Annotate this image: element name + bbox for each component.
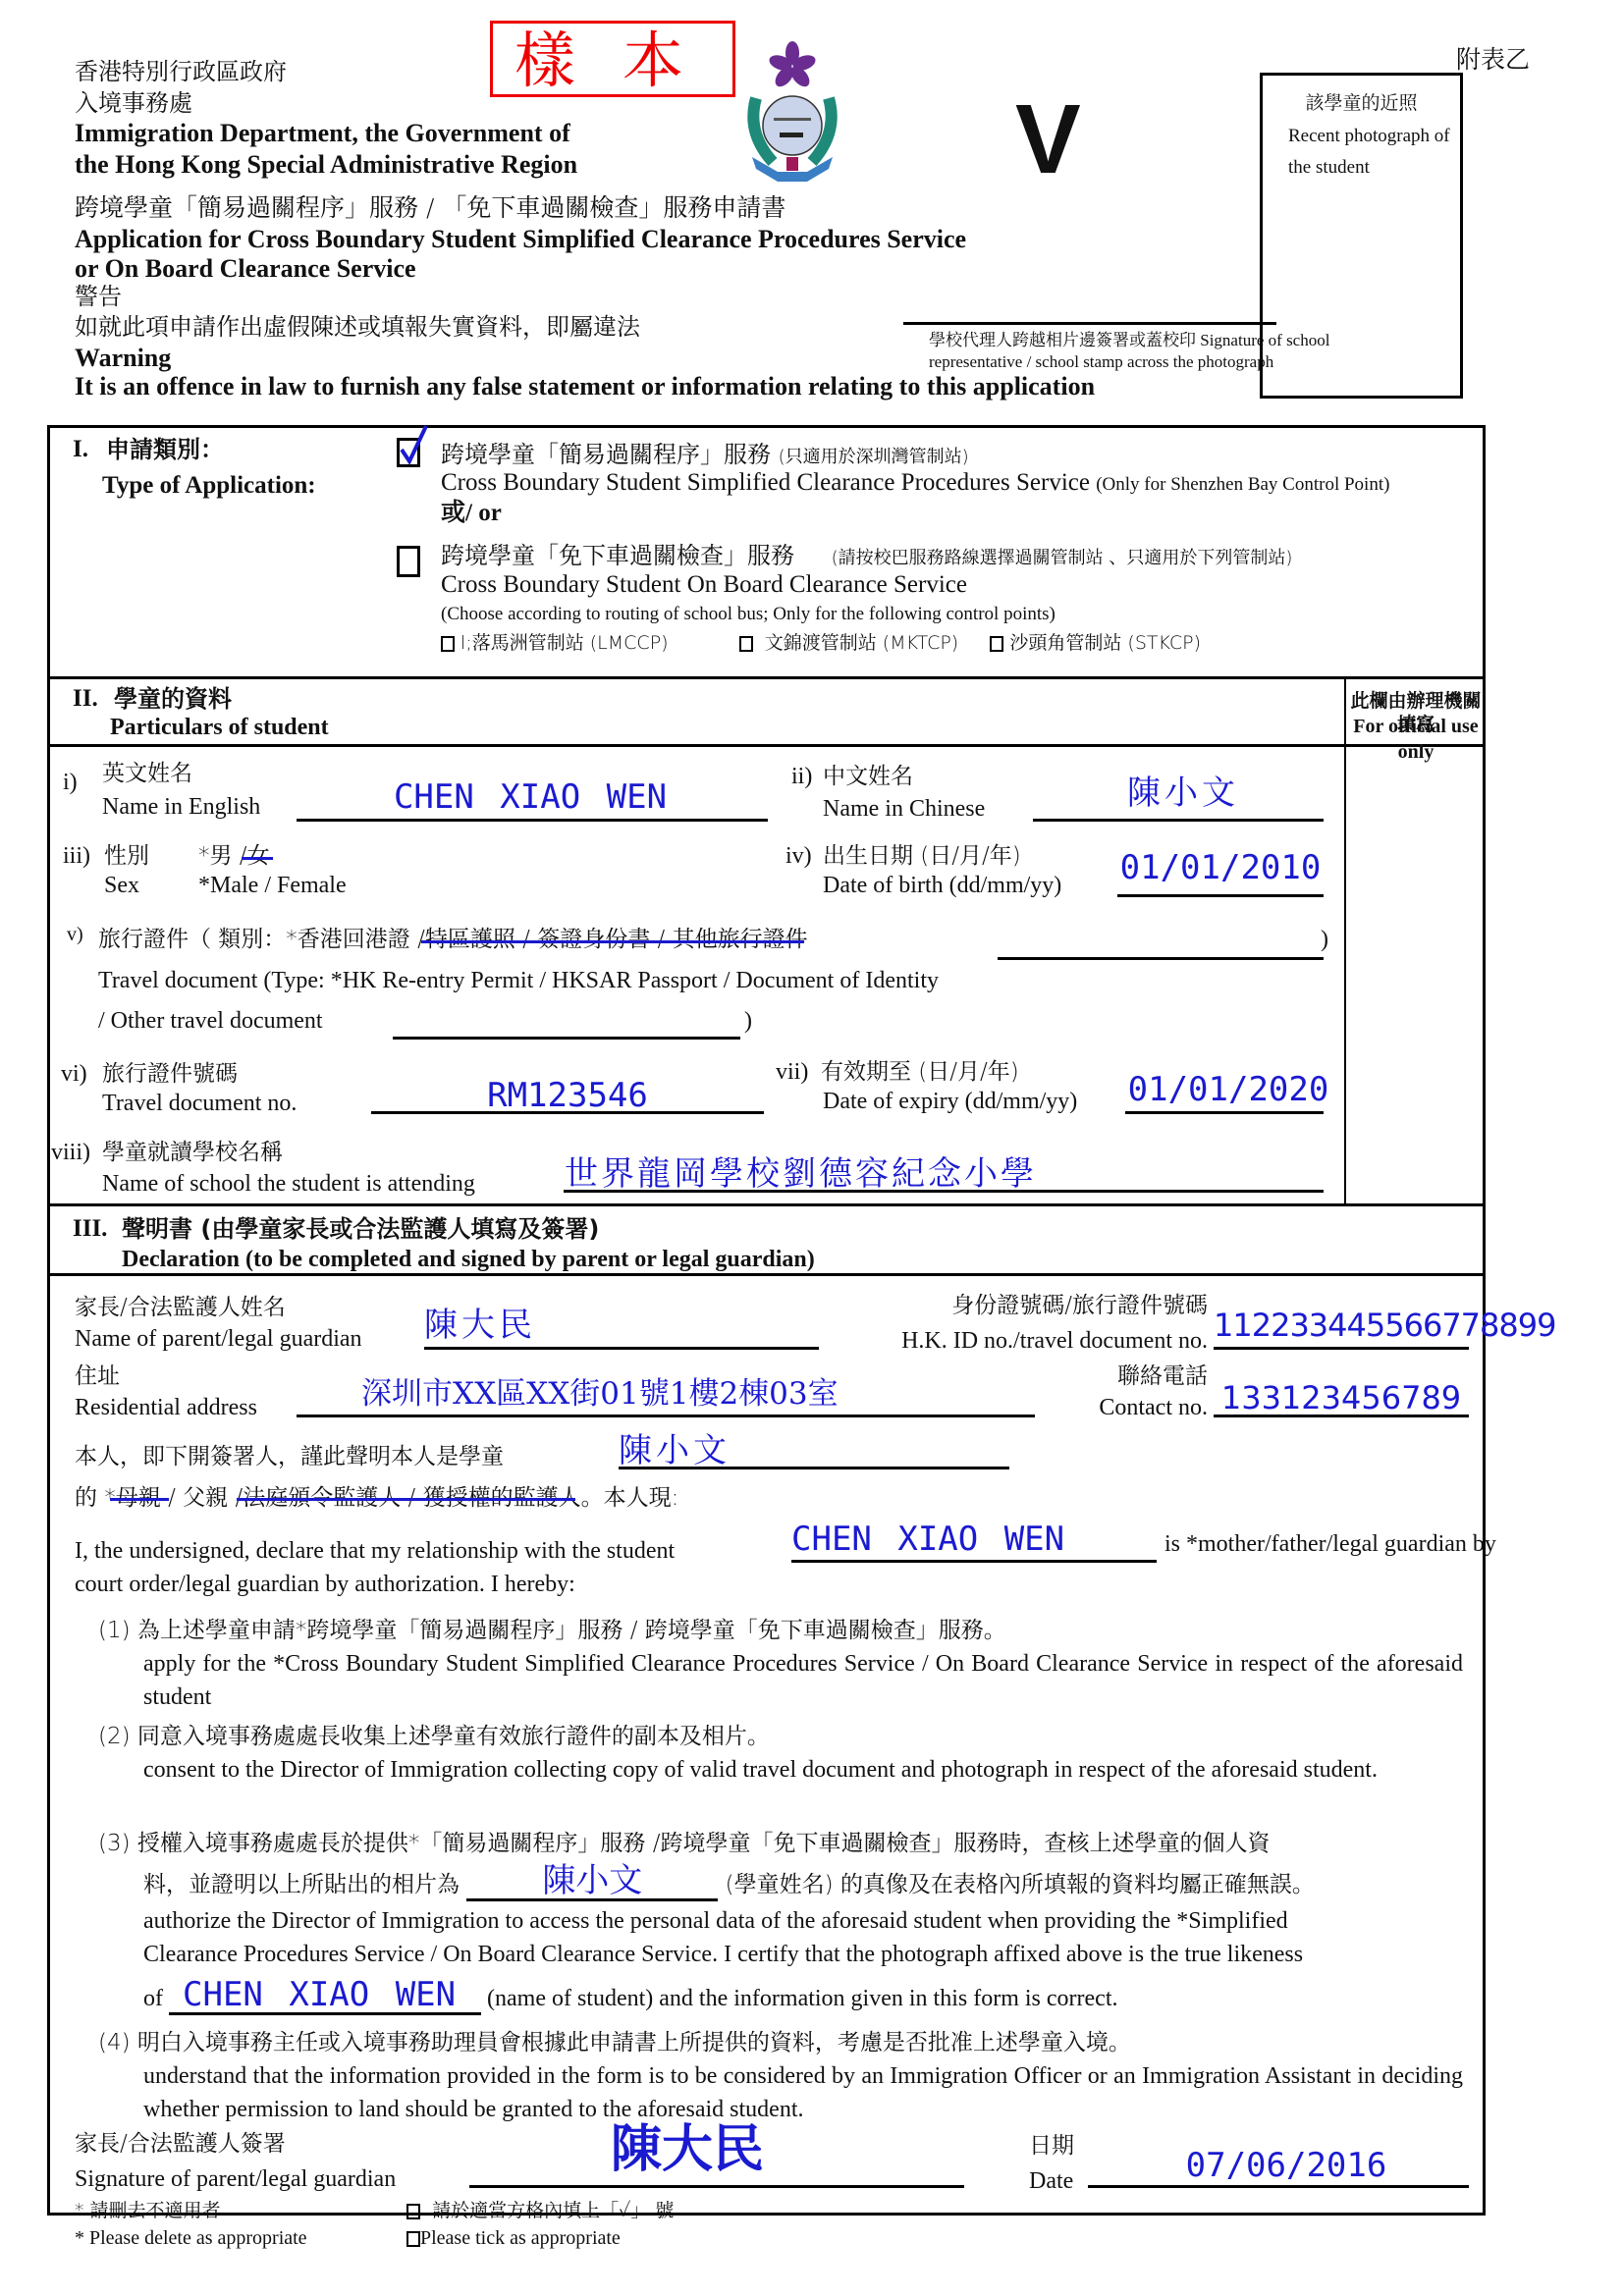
dob-label-cn: 出生日期 (日/月/年) — [823, 842, 1021, 870]
or-text: 或/ or — [441, 499, 502, 528]
photo-sign-line — [903, 322, 1276, 325]
checkbox-icon — [406, 2204, 420, 2219]
declaration-cn-1: 本人，即下開簽署人，謹此聲明本人是學童 — [75, 1443, 504, 1470]
id-no-input[interactable]: 112233445566778899 — [1214, 1306, 1479, 1345]
dob-label-en: Date of birth (dd/mm/yy) — [823, 872, 1061, 899]
doc-no-label-en: Travel document no. — [102, 1090, 297, 1117]
travel-doc-type-cn[interactable]: 旅行證件（ 類別：*香港回港證 /特區護照 / 簽證身份書 / 其他旅行證件 — [98, 926, 808, 953]
school-label-en: Name of school the student is attending — [102, 1170, 475, 1198]
footer-delete-cn: * 請刪去不適用者 — [75, 2199, 221, 2222]
declaration-en-2: is *mother/father/legal guardian by — [1164, 1530, 1496, 1558]
phone-input[interactable]: 133123456789 — [1214, 1378, 1469, 1417]
date-label-cn: 日期 — [1029, 2132, 1074, 2160]
divider — [47, 1203, 1486, 1206]
declaration-en-1: I, the undersigned, declare that my rela… — [75, 1537, 675, 1565]
underline — [1088, 2185, 1469, 2188]
item3-student-en-input[interactable]: CHEN XIAO WEN — [169, 1977, 481, 2015]
option1-label-en: Cross Boundary Student Simplified Cleara… — [441, 469, 1389, 499]
section2-title-en: Particulars of student — [110, 713, 329, 742]
declaration-cn-relationship[interactable]: 的 *母親 / 父親 /法庭頒令監護人 / 獲授權的監護人。本人現: — [75, 1484, 678, 1512]
doc-no-input[interactable]: RM123546 — [371, 1076, 764, 1115]
section3-num: III. — [73, 1214, 107, 1244]
section1-title-cn: 申請類別： — [106, 435, 224, 464]
divider — [47, 676, 1486, 679]
address-label-cn: 住址 — [75, 1362, 120, 1390]
underline — [564, 1190, 1324, 1193]
expiry-label-en: Date of expiry (dd/mm/yy) — [823, 1088, 1077, 1115]
name-en-input[interactable]: CHEN XIAO WEN — [295, 777, 766, 817]
signature-label-cn: 家長/合法監護人簽署 — [75, 2130, 286, 2158]
option1-label-cn: 跨境學童「簡易過關程序」服務 (只適用於深圳灣管制站) — [441, 441, 969, 471]
section1-title-en: Type of Application: — [102, 471, 316, 501]
underline — [1214, 1347, 1469, 1350]
id-no-label-cn: 身份證號碼/旅行證件號碼 — [864, 1292, 1208, 1319]
org-name-en-1: Immigration Department, the Government o… — [75, 118, 570, 148]
doc-no-label-cn: 旅行證件號碼 — [102, 1060, 238, 1088]
item3-student-cn-input[interactable]: 陳小文 — [466, 1863, 718, 1901]
photo-sign-note: 學校代理人跨越相片邊簽署或蓋校印 Signature of school rep… — [929, 330, 1410, 373]
option1-checkbox[interactable] — [397, 438, 420, 467]
sex-options-en: *Male / Female — [198, 872, 347, 899]
expiry-input[interactable]: 01/01/2020 — [1125, 1070, 1331, 1109]
underline — [998, 957, 1324, 960]
phone-label-en: Contact no. — [1060, 1394, 1208, 1421]
org-name-cn-1: 香港特別行政區政府 — [75, 57, 287, 86]
underline — [791, 1560, 1157, 1563]
name-cn-label-cn: 中文姓名 — [823, 763, 913, 790]
form-title-en-2: or On Board Clearance Service — [75, 253, 416, 284]
field-index: vii) — [776, 1058, 808, 1086]
section2-title-cn: 學童的資料 — [114, 684, 232, 714]
field-index: i) — [63, 769, 78, 796]
underline — [297, 819, 768, 822]
expiry-label-cn: 有效期至 (日/月/年) — [821, 1058, 1019, 1086]
guardian-name-label-en: Name of parent/legal guardian — [75, 1325, 362, 1353]
underline — [297, 1415, 1035, 1417]
underline — [619, 1467, 1009, 1469]
underline — [1214, 1415, 1469, 1417]
signature-input[interactable]: 陳大民 — [611, 2120, 764, 2179]
footer-tick-en: Please tick as appropriate — [406, 2226, 621, 2250]
warning-text-cn: 如就此項申請作出虛假陳述或填報失實資料，即屬違法 — [75, 312, 640, 342]
photo-label-cn: 該學童的近照 — [1263, 91, 1460, 117]
form-title-en-1: Application for Cross Boundary Student S… — [75, 224, 966, 254]
field-index: vi) — [61, 1060, 87, 1088]
underline — [424, 1347, 819, 1350]
org-name-cn-2: 入境事務處 — [75, 88, 192, 118]
address-input[interactable]: 深圳市XX區XX街01號1樓2棟03室 — [361, 1374, 950, 1414]
photo-label-en: Recent photograph of the student — [1288, 121, 1455, 184]
control-point-mktcp[interactable]: 文錦渡管制站 (MKTCP) — [739, 632, 959, 654]
official-column-divider — [1344, 677, 1346, 1203]
guardian-name-label-cn: 家長/合法監護人姓名 — [75, 1294, 286, 1321]
org-name-en-2: the Hong Kong Special Administrative Reg… — [75, 149, 577, 180]
underline — [1033, 819, 1324, 822]
official-use-en: For official use only — [1347, 714, 1485, 765]
divider — [47, 744, 1486, 747]
option2-checkbox[interactable] — [397, 546, 420, 577]
signature-label-en: Signature of parent/legal guardian — [75, 2165, 396, 2193]
form-code: V — [1015, 90, 1081, 188]
option2-label-en: Cross Boundary Student On Board Clearanc… — [441, 571, 967, 599]
section3-title-cn: 聲明書 (由學童家長或合法監護人填寫及簽署) — [122, 1214, 599, 1244]
declaration-item-1: (1) 為上述學童申請*跨境學童「簡易過關程序」服務 / 跨境學童「免下車過關檢… — [98, 1614, 1463, 1714]
date-input[interactable]: 07/06/2016 — [1090, 2146, 1483, 2185]
sample-stamp: 樣本 — [490, 21, 735, 97]
section1-num: I. — [73, 435, 88, 464]
control-point-stkcp[interactable]: 沙頭角管制站 (STKCP) — [990, 632, 1201, 654]
declaration-item-3: (3) 授權入境事務處處長於提供*「簡易過關程序」服務 /跨境學童「免下車過關檢… — [98, 1824, 1473, 2015]
checkbox-icon — [406, 2231, 420, 2247]
sex-options-cn[interactable]: *男 /女 — [198, 842, 270, 870]
underline — [371, 1111, 764, 1114]
underline — [1117, 894, 1324, 897]
paren-close: ) — [744, 1007, 752, 1035]
field-index: v) — [67, 921, 83, 948]
checkmark-icon — [399, 424, 428, 467]
immigration-emblem-icon — [738, 39, 846, 187]
control-point-lmccp[interactable]: l;落馬洲管制站 (LMCCP) — [441, 632, 669, 654]
field-index: ii) — [791, 763, 812, 790]
underline — [469, 2185, 964, 2188]
footer-tick-cn: 請於適當方格內填上「✓」 號 — [406, 2199, 674, 2222]
name-en-label-en: Name in English — [102, 793, 260, 821]
underline — [393, 1037, 740, 1040]
declaration-en-3: court order/legal guardian by authorizat… — [75, 1571, 575, 1598]
field-index: iii) — [63, 842, 90, 870]
appendix-label: 附表乙 — [1456, 45, 1530, 75]
field-index: iv) — [785, 842, 812, 870]
declaration-item-2: (2) 同意入境事務處處長收集上述學童有效旅行證件的副本及相片。 consent… — [98, 1720, 1463, 1787]
warning-title-en: Warning — [75, 343, 171, 373]
travel-doc-type-en: Travel document (Type: *HK Re-entry Perm… — [98, 967, 939, 994]
guardian-name-input[interactable]: 陳大民 — [424, 1306, 719, 1345]
form-title-cn: 跨境學童「簡易過關程序」服務 / 「免下車過關檢查」服務申請書 — [75, 193, 785, 223]
warning-title-cn: 警告 — [75, 282, 122, 311]
paren-close: ) — [1321, 926, 1328, 953]
footer-delete-en: * Please delete as appropriate — [75, 2226, 307, 2250]
underline — [1125, 1111, 1324, 1114]
school-input[interactable]: 世界龍岡學校劉德容紀念小學 — [565, 1154, 1105, 1194]
id-no-label-en: H.K. ID no./travel document no. — [844, 1327, 1208, 1355]
option2-note-en: (Choose according to routing of school b… — [441, 603, 1056, 626]
travel-doc-other-label: / Other travel document — [98, 1007, 323, 1035]
control-points: l;落馬洲管制站 (LMCCP) 文錦渡管制站 (MKTCP) 沙頭角管制站 (… — [441, 631, 1201, 655]
option2-label-cn: 跨境學童「免下車過關檢查」服務 (請按校巴服務路線選擇過關管制站 、只適用於下列… — [441, 542, 1292, 572]
name-en-label-cn: 英文姓名 — [102, 760, 192, 787]
name-cn-label-en: Name in Chinese — [823, 795, 985, 823]
warning-text-en: It is an offence in law to furnish any f… — [75, 371, 1095, 401]
name-cn-input[interactable]: 陳小文 — [1036, 774, 1330, 813]
declaration-item-4: (4) 明白入境事務主任或入境事務助理員會根據此申請書上所提供的資料，考慮是否批… — [98, 2026, 1463, 2126]
phone-label-cn: 聯絡電話 — [1080, 1362, 1208, 1390]
declaration-student-cn-input[interactable]: 陳小文 — [619, 1431, 962, 1470]
sex-label-en: Sex — [104, 872, 139, 899]
section3-title-en: Declaration (to be completed and signed … — [122, 1245, 815, 1274]
sex-label-cn: 性別 — [104, 842, 149, 870]
dob-input[interactable]: 01/01/2010 — [1117, 848, 1324, 887]
field-index: viii) — [51, 1139, 90, 1166]
section2-num: II. — [73, 684, 98, 714]
address-label-en: Residential address — [75, 1394, 257, 1421]
school-label-cn: 學童就讀學校名稱 — [102, 1139, 283, 1166]
declaration-student-en-input[interactable]: CHEN XIAO WEN — [791, 1520, 1155, 1559]
date-label-en: Date — [1029, 2167, 1073, 2195]
